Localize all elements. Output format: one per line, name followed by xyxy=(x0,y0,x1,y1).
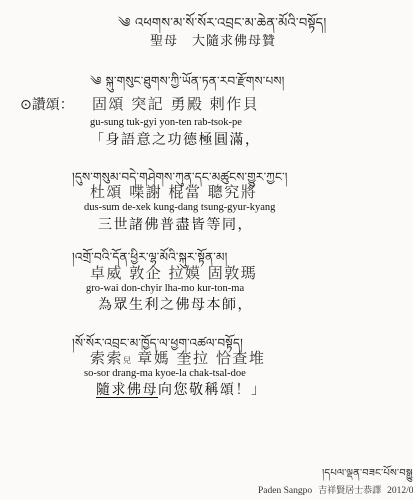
stanza-4-phonetic-chinese: 索索兒 章媽 奎拉 恰查堆 xyxy=(90,347,265,368)
stanza-1-meaning: 「身語意之功德極圓滿， xyxy=(90,129,261,149)
stanza-2-romanization: dus-sum de-xek kung-dang tsung-gyur-kyan… xyxy=(84,202,275,213)
praise-label: ⊙讚頌： xyxy=(20,94,74,114)
footer-translator: 吉祥賢居士恭譯 xyxy=(318,486,381,496)
footer-author: Paden Sangpo xyxy=(258,486,312,496)
stanza-4-meaning-rest: 向您敬稱頌！」 xyxy=(158,382,267,398)
stanza-4-meaning: 隨求佛母向您敬稱頌！」 xyxy=(96,379,267,399)
stanza-1-romanization: gu-sung tuk-gyi yon-ten rab-tsok-pe xyxy=(90,117,242,128)
stanza-4-phonetic-small-er: 兒 xyxy=(123,356,131,365)
footer-date: 2012/07/30 xyxy=(387,486,413,496)
stanza-3-phonetic-chinese: 卓威 敦企 拉嫫 固敦瑪 xyxy=(90,262,257,283)
title-chinese: 聖母 大隨求佛母贊 xyxy=(150,30,276,49)
stanza-2-phonetic-chinese: 杜頌 喋謝 棍當 聰究將 xyxy=(90,181,257,202)
stanza-3-meaning: 為眾生利之佛母本師， xyxy=(98,294,253,314)
stanza-4-phonetic-part-b: 章媽 奎拉 恰查堆 xyxy=(131,349,265,367)
stanza-2-meaning: 三世諸佛普盡皆等同， xyxy=(98,214,253,234)
stanza-1-phonetic-chinese: 固頌 突記 勇殿 剌作貝 xyxy=(92,93,259,114)
footer-credit: Paden Sangpo吉祥賢居士恭譯2012/07/30 xyxy=(258,483,413,496)
stanza-4-meaning-underlined: 隨求佛母 xyxy=(96,382,158,398)
stanza-4-romanization: so-sor drang-ma kyoe-la chak-tsal-doe xyxy=(84,368,246,379)
stanza-4-phonetic-part-a: 索索 xyxy=(90,349,123,367)
stanza-3-romanization: gro-wai don-chyir lha-mo kur-ton-ma xyxy=(86,283,244,294)
